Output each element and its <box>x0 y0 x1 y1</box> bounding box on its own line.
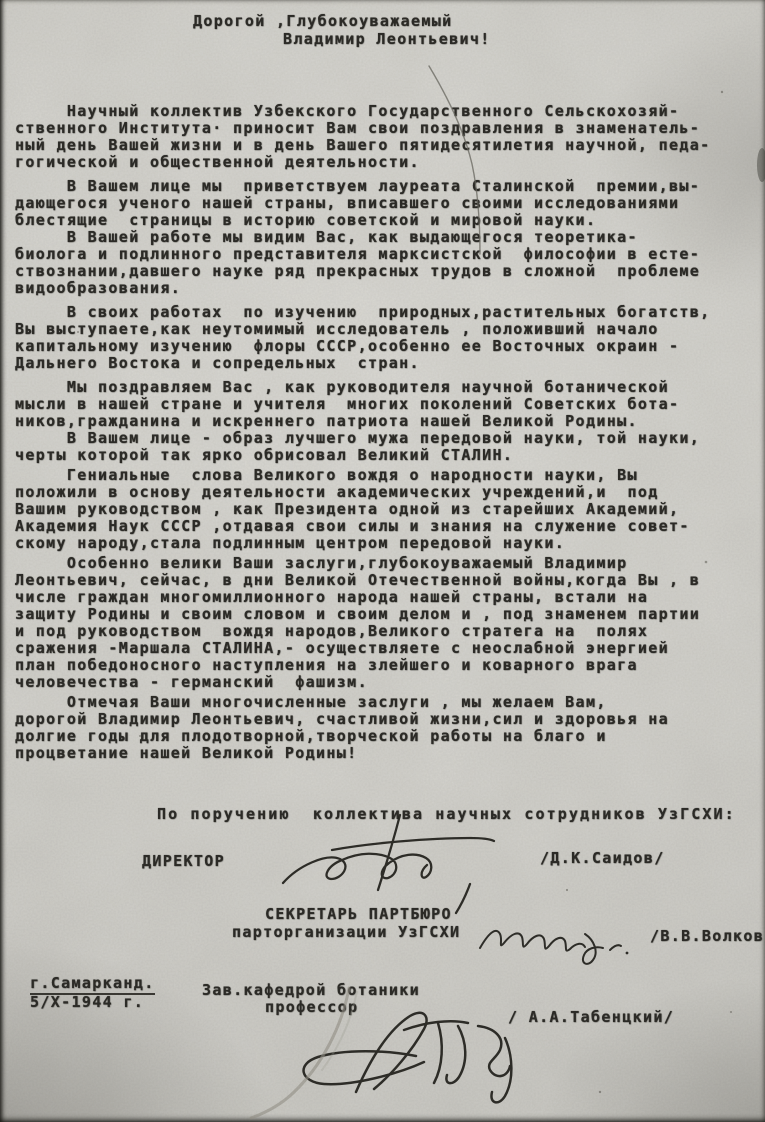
botany-role-line-2: профессор <box>265 999 358 1016</box>
text-line: дающегося ученого нашей страны, вписавше… <box>15 195 755 212</box>
paragraph: Особенно велики Ваши заслуги,глубокоуваж… <box>15 555 755 691</box>
text-line: процветание нашей Великой Родины! <box>15 745 755 762</box>
salutation-line-2: Владимир Леонтьевич! <box>283 31 491 48</box>
paragraph: Отмечая Ваши многочисленные заслуги , мы… <box>15 694 755 762</box>
date: 5/X-1944 г. <box>30 994 144 1011</box>
text-line: черты которой так ярко обрисовал Великий… <box>15 447 755 464</box>
text-line: В своих работах по изучению природных,ра… <box>15 304 755 321</box>
text-line: и под руководством вождя народов,Великог… <box>15 623 755 640</box>
place: г.Самарканд. <box>30 975 155 992</box>
secretary-signature <box>480 931 628 964</box>
paragraph: Мы поздравляем Вас , как руководителя на… <box>15 379 755 464</box>
text-line: дорогой Владимир Леонтьевич, счастливой … <box>15 711 755 728</box>
director-signature <box>283 815 494 913</box>
text-line: долгие годы для плодотворной,творческой … <box>15 728 755 745</box>
text-line: Вашим руководством , как Президента одно… <box>15 501 755 518</box>
text-line: ственного Института· приносит Вам свои п… <box>15 120 755 137</box>
text-line: капитальному изучению флоры СССР,особенн… <box>15 338 755 355</box>
text-line: Мы поздравляем Вас , как руководителя на… <box>15 379 755 396</box>
text-line: Отмечая Ваши многочисленные заслуги , мы… <box>15 694 755 711</box>
text-line: ствознании,давшего науке ряд прекрасных … <box>15 263 755 280</box>
text-line: ников,гражданина и искреннего патриота н… <box>15 413 755 430</box>
text-line: Гениальные слова Великого вождя о народн… <box>15 467 755 484</box>
botany-role-line-1: Зав.кафедрой ботаники <box>202 982 420 999</box>
letter-body: Научный коллектив Узбекского Государстве… <box>15 103 755 762</box>
text-line: Леонтьевич, сейчас, в дни Великой Отечес… <box>15 572 755 589</box>
text-line: защиту Родины и своим словом и своим дел… <box>15 606 755 623</box>
director-role: ДИРЕКТОР <box>142 853 225 870</box>
text-line: сражения -Маршала СТАЛИНА,- осуществляет… <box>15 640 755 657</box>
paragraph: В Вашем лице мы приветствуем лауреата Ст… <box>15 178 755 297</box>
place-text: г.Самарканд. <box>30 974 155 995</box>
paragraph: В своих работах по изучению природных,ра… <box>15 304 755 372</box>
secretary-name: /В.В.Волков/ <box>650 928 765 945</box>
text-line: Академия Наук СССР ,отдавая свои силы и … <box>15 518 755 535</box>
text-line: положили в основу деятельности академиче… <box>15 484 755 501</box>
botany-signature <box>304 1013 512 1103</box>
text-line: Особенно велики Ваши заслуги,глубокоуваж… <box>15 555 755 572</box>
secretary-role-line-2: парторганизации УзГСХИ <box>232 924 460 941</box>
text-line: скому народу,стала подлинным центром пер… <box>15 535 755 552</box>
text-line: видообразования. <box>15 280 755 297</box>
paragraph: Научный коллектив Узбекского Государстве… <box>15 103 755 171</box>
text-line: В Вашей работе мы видим Вас, как выдающе… <box>15 229 755 246</box>
text-line: человечества - германский фашизм. <box>15 674 755 691</box>
text-line: блестящие страницы в историю советской и… <box>15 212 755 229</box>
text-line: числе граждан многомиллионного народа на… <box>15 589 755 606</box>
text-line: В Вашем лице - образ лучшего мужа передо… <box>15 430 755 447</box>
text-line: план победоносного наступления на злейше… <box>15 657 755 674</box>
botany-name: / А.А.Табенцкий/ <box>508 1009 674 1026</box>
director-name: /Д.К.Саидов/ <box>540 850 665 867</box>
text-line: Вы выступаете,как неутомимый исследовате… <box>15 321 755 338</box>
commission-line: По поручению коллектива научных сотрудни… <box>157 806 736 823</box>
text-line: Дальнего Востока и сопредельных стран. <box>15 355 755 372</box>
edge-smudge <box>757 148 765 182</box>
text-line: биолога и подлинного представителя маркс… <box>15 246 755 263</box>
text-line: Научный коллектив Узбекского Государстве… <box>15 103 755 120</box>
text-line: мысли в нашей стране и учителя многих по… <box>15 396 755 413</box>
salutation-line-1: Дорогой ,Глубокоуважаемый <box>193 13 453 30</box>
text-line: гогической и общественной деятельности. <box>15 154 755 171</box>
page: Дорогой ,Глубокоуважаемый Владимир Леонт… <box>0 0 765 1122</box>
text-line: В Вашем лице мы приветствуем лауреата Ст… <box>15 178 755 195</box>
secretary-role-line-1: СЕКРЕТАРЬ ПАРТБЮРО <box>265 906 452 923</box>
paragraph: Гениальные слова Великого вождя о народн… <box>15 467 755 552</box>
text-line: ный день Вашей жизни и в день Вашего пят… <box>15 137 755 154</box>
